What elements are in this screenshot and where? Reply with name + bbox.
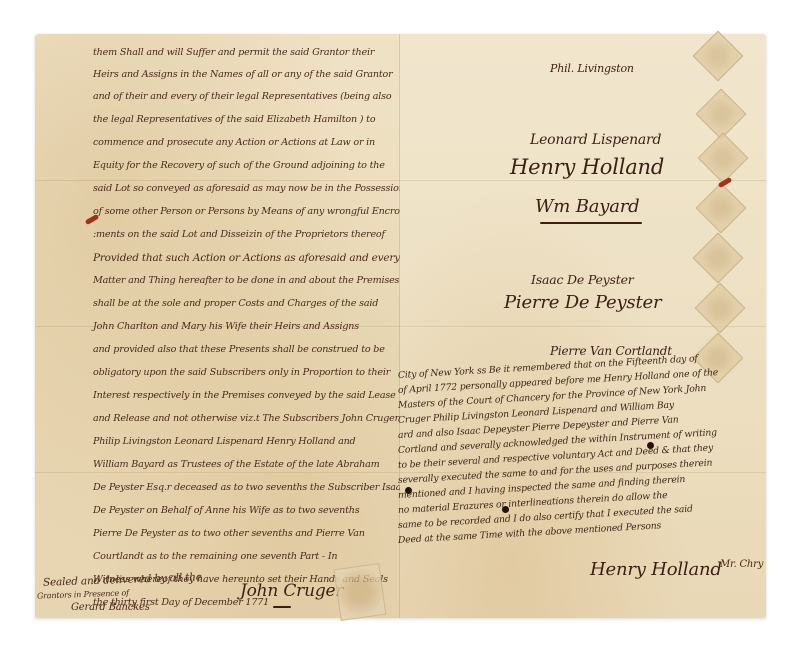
signature-henry-holland: Henry Holland	[510, 155, 664, 179]
fold-crease	[400, 180, 766, 181]
deed-line: commence and prosecute any Action or Act…	[93, 137, 375, 148]
deed-line: obligatory upon the said Subscribers onl…	[93, 367, 390, 378]
deed-line: Provided that such Action or Actions as …	[93, 252, 400, 264]
paper-seal	[334, 563, 387, 621]
signature-phil-livingston: Phil. Livingston	[550, 62, 634, 75]
certifier-title: Mr. Chry	[720, 559, 763, 570]
paper-seal	[696, 183, 747, 234]
deed-line: John Charlton and Mary his Wife their He…	[93, 321, 359, 332]
ink-dash	[273, 606, 291, 608]
signature-isaac-de-peyster: Isaac De Peyster	[531, 272, 634, 287]
fold-crease	[35, 472, 400, 473]
deed-line: of some other Person or Persons by Means…	[93, 206, 419, 217]
paper-hole	[647, 442, 654, 449]
paper-seal	[696, 89, 747, 140]
paper-seal	[698, 133, 749, 184]
deed-line: :ments on the said Lot and Disseizin of …	[93, 229, 385, 240]
deed-line: Heirs and Assigns in the Names of all or…	[93, 69, 392, 80]
deed-line: De Peyster on Behalf of Anne his Wife as…	[93, 505, 359, 516]
attestation-line: Sealed and delivered by all the	[43, 571, 202, 589]
deed-line: William Bayard as Trustees of the Estate…	[93, 459, 380, 470]
deed-line: and of their and every of their legal Re…	[93, 91, 391, 102]
deed-line: Philip Livingston Leonard Lispenard Henr…	[93, 436, 356, 447]
deed-line: and provided also that these Presents sh…	[93, 344, 385, 355]
deed-line: De Peyster Esq.r deceased as to two seve…	[93, 482, 407, 493]
paper-seal	[693, 233, 744, 284]
signature-wm-bayard: Wm Bayard	[535, 196, 639, 217]
deed-line: them Shall and will Suffer and permit th…	[93, 47, 374, 58]
deed-line: Courtlandt as to the remaining one seven…	[93, 551, 337, 562]
deed-line: Interest respectively in the Premises co…	[93, 390, 396, 401]
deed-line: Matter and Thing hereafter to be done in…	[93, 275, 399, 286]
paper-hole	[405, 487, 412, 494]
witness-name: Gerard Banckes	[71, 602, 150, 613]
fold-crease	[400, 326, 766, 327]
deed-line: Equity for the Recovery of such of the G…	[93, 160, 385, 171]
signature-underline	[540, 222, 642, 224]
paper-seal	[693, 31, 744, 82]
deed-line: and Release and not otherwise viz.t The …	[93, 413, 399, 424]
signature-henry-holland-certifier: Henry Holland	[590, 559, 722, 580]
manuscript-sheet: them Shall and will Suffer and permit th…	[35, 34, 766, 618]
deed-line: Pierre De Peyster as to two other sevent…	[93, 528, 365, 539]
signature-leonard-lispenard: Leonard Lispenard	[530, 132, 661, 148]
signature-john-cruger: John Cruger	[240, 581, 343, 601]
signature-pierre-de-peyster: Pierre De Peyster	[504, 292, 661, 313]
right-page: Phil. Livingston Leonard Lispenard Henry…	[400, 34, 766, 618]
deed-line: the legal Representatives of the said El…	[93, 114, 375, 125]
fold-crease	[35, 180, 400, 181]
paper-hole	[502, 506, 509, 513]
left-page: them Shall and will Suffer and permit th…	[35, 34, 400, 618]
deed-line: shall be at the sole and proper Costs an…	[93, 298, 378, 309]
deed-line: said Lot so conveyed as aforesaid as may…	[93, 183, 405, 194]
